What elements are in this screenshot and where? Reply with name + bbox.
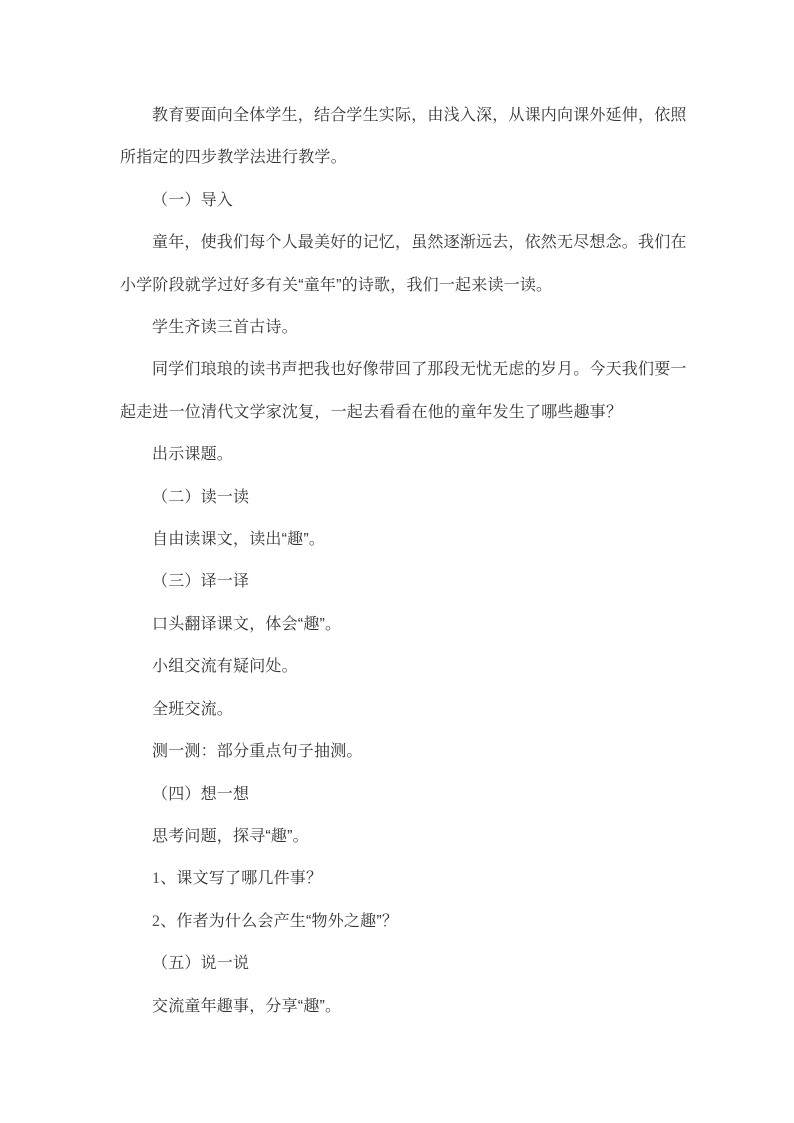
paragraph: （三）译一译 [120, 561, 744, 603]
paragraph: 学生齐读三首古诗。 [120, 307, 744, 349]
document-page: 教育要面向全体学生，结合学生实际，由浅入深，从课内向课外延伸，依照所指定的四步教… [0, 0, 794, 1123]
line-text: 思考问题，探寻“趣”。 [152, 828, 309, 845]
paragraph: 2、作者为什么会产生“物外之趣”？ [120, 901, 744, 943]
paragraph: （四）想一想 [120, 774, 744, 816]
paragraph: 自由读课文，读出“趣”。 [120, 519, 744, 561]
paragraph: （二）读一读 [120, 477, 744, 519]
line-text: （二）读一读 [152, 489, 249, 506]
line-text: 测一测：部分重点句子抽测。 [152, 743, 363, 760]
line-text: 口头翻译课文，体会“趣”。 [152, 616, 341, 633]
line-text: 教育要面向全体学生，结合学生实际，由浅入深，从课内向课外延伸，依照 [152, 107, 687, 124]
line-text: 童年，使我们每个人最美好的记忆，虽然逐渐远去，依然无尽想念。我们在 [152, 234, 687, 251]
line-text: （四）想一想 [152, 786, 249, 803]
paragraph: 测一测：部分重点句子抽测。 [120, 731, 744, 773]
line-text: 小学阶段就学过好多有关“童年”的诗歌，我们一起来读一读。 [120, 277, 552, 294]
text-block: 教育要面向全体学生，结合学生实际，由浅入深，从课内向课外延伸，依照所指定的四步教… [0, 0, 794, 1028]
line-text: 交流童年趣事，分享“趣”。 [152, 998, 341, 1015]
line-text: 学生齐读三首古诗。 [152, 319, 298, 336]
paragraph: （一）导入 [120, 180, 744, 222]
paragraph: 全班交流。 [120, 689, 744, 731]
line-text: 、作者为什么会产生“物外之趣”？ [160, 913, 398, 930]
line-text: 同学们琅琅的读书声把我也好像带回了那段无忧无虑的岁月。今天我们要一 [152, 361, 687, 378]
line-text: （五）说一说 [152, 955, 249, 972]
line-text: 小组交流有疑问处。 [152, 658, 298, 675]
line-text: 、课文写了哪几件事？ [160, 870, 322, 887]
paragraph: （五）说一说 [120, 943, 744, 985]
paragraph: 思考问题，探寻“趣”。 [120, 816, 744, 858]
list-number: 1 [152, 870, 160, 887]
paragraph: 童年，使我们每个人最美好的记忆，虽然逐渐远去，依然无尽想念。我们在小学阶段就学过… [120, 222, 744, 307]
line-text: 起走进一位清代文学家沈复，一起去看看在他的童年发生了哪些趣事？ [120, 404, 622, 421]
line-text: （一）导入 [152, 192, 233, 209]
paragraph: 小组交流有疑问处。 [120, 646, 744, 688]
line-text: （三）译一译 [152, 573, 249, 590]
paragraph: 同学们琅琅的读书声把我也好像带回了那段无忧无虑的岁月。今天我们要一起走进一位清代… [120, 349, 744, 434]
line-text: 自由读课文，读出“趣”。 [152, 531, 325, 548]
paragraph: 1、课文写了哪几件事？ [120, 858, 744, 900]
paragraph: 教育要面向全体学生，结合学生实际，由浅入深，从课内向课外延伸，依照所指定的四步教… [120, 95, 744, 180]
paragraph: 交流童年趣事，分享“趣”。 [120, 986, 744, 1028]
list-number: 2 [152, 913, 160, 930]
paragraph: 出示课题。 [120, 434, 744, 476]
paragraph: 口头翻译课文，体会“趣”。 [120, 604, 744, 646]
line-text: 所指定的四步教学法进行教学。 [120, 149, 347, 166]
line-text: 出示课题。 [152, 446, 233, 463]
line-text: 全班交流。 [152, 701, 233, 718]
